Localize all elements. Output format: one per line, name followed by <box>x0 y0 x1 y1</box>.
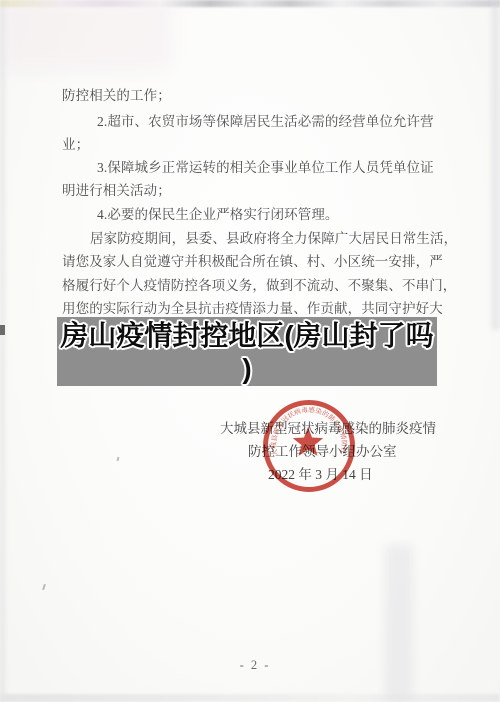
dust-speck <box>42 584 46 590</box>
document-photo: 防控相关的工作； 2.超市、农贸市场等保障居民生活必需的经营单位允许营 业； 3… <box>0 0 500 702</box>
document-body-line: 2.超市、农贸市场等保障居民生活必需的经营单位允许营 <box>97 113 434 130</box>
page-number: - 2 - <box>225 658 285 673</box>
document-body-line: 居家防疫期间，县委、县政府将全力保障广大居民日常生活， <box>90 230 457 247</box>
document-body-line: 防控相关的工作； <box>62 87 171 104</box>
photo-edge-right <box>491 0 500 330</box>
caption-title-line-1: 房山疫情封控地区(房山封了吗 <box>60 319 433 352</box>
dust-speck <box>117 457 120 461</box>
caption-overlay-band: 房山疫情封控地区(房山封了吗 ) <box>57 317 437 386</box>
document-body-line: 4.必要的保民生企业严格实行闭环管理。 <box>97 206 339 223</box>
seal-star-icon <box>293 427 323 456</box>
photo-edge-left <box>0 0 5 702</box>
photo-edge-bottom <box>0 694 500 702</box>
document-body-line: 请您及家人自觉遵守并积极配合所在镇、村、小区统一安排，严 <box>62 253 443 270</box>
document-body-line: 明进行相关活动； <box>62 182 171 199</box>
document-body-line: 格履行好个人疫情防控各项义务，做到不流动、不聚集、不串门， <box>62 277 456 294</box>
document-body-line: 用您的实际行动为全县抗击疫情添力量、作贡献，共同守护好大 <box>62 300 443 317</box>
document-body-line: 3.保障城乡正常运转的相关企事业单位工作人员凭单位证 <box>97 159 434 176</box>
document-body-line: 业； <box>62 136 89 153</box>
caption-title-line-2: ) <box>242 352 251 385</box>
photo-shadow-band <box>385 545 413 702</box>
photo-tint-artifact <box>0 0 170 70</box>
dust-speck <box>0 325 5 335</box>
official-seal: 大城县新型冠状病毒感染的肺炎疫情防控工作领导小组办公室 <box>250 387 368 505</box>
